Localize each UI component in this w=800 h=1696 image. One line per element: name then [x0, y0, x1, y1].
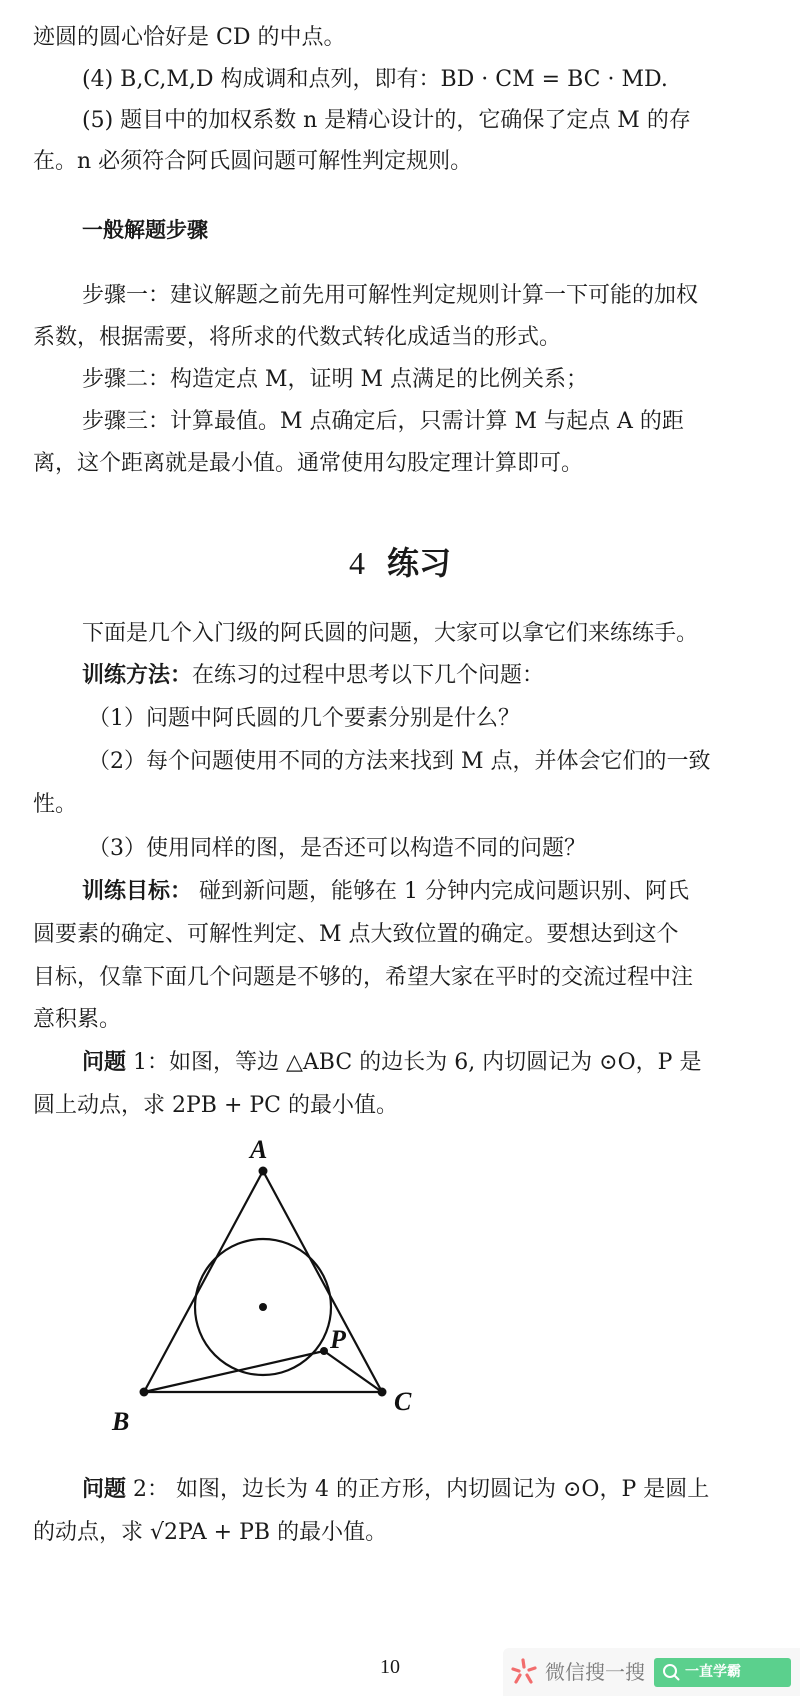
- wechat-search-logo-icon: [511, 1658, 537, 1684]
- problem-2-cont: 的动点，求 √2PA + PB 的最小值。: [0, 1518, 800, 1548]
- training-goal-cont-2: 目标，仅靠下面几个问题是不够的，希望大家在平时的交流过程中注: [0, 963, 800, 993]
- section-number: 4: [349, 545, 365, 581]
- wechat-search-bar[interactable]: 微信搜一搜 一直学霸: [503, 1648, 800, 1696]
- search-icon: [662, 1663, 680, 1681]
- problem-1: 问题 1：如图，等边 △ABC 的边长为 6, 内切圆记为 ⊙O，P 是: [0, 1048, 800, 1078]
- label-p: P: [329, 1325, 347, 1354]
- question-1: （1）问题中阿氏圆的几个要素分别是什么？: [0, 704, 800, 734]
- text-line: 迹圆的圆心恰好是 CD 的中点。: [0, 23, 800, 53]
- question-3: （3）使用同样的图，是否还可以构造不同的问题？: [0, 834, 800, 864]
- training-goal-cont-1: 圆要素的确定、可解性判定、M 点大致位置的确定。要想达到这个: [0, 920, 800, 950]
- page-number: 10: [380, 1656, 400, 1679]
- problem-1-cont: 圆上动点，求 2PB + PC 的最小值。: [0, 1091, 800, 1121]
- wechat-search-button[interactable]: 一直学霸: [654, 1658, 791, 1687]
- step-1: 步骤一：建议解题之前先用可解性判定规则计算一下可能的加权: [0, 281, 800, 311]
- list-item-4: (4) B,C,M,D 构成调和点列，即有：BD · CM = BC · MD.: [0, 65, 800, 95]
- list-item-5-cont: 在。n 必须符合阿氏圆问题可解性判定规则。: [0, 147, 800, 177]
- training-goal-cont-3: 意积累。: [0, 1005, 800, 1035]
- problem-2-label: 问题: [82, 1477, 126, 1502]
- training-method: 训练方法：在练习的过程中思考以下几个问题：: [0, 661, 800, 691]
- section-heading: 4练习: [0, 543, 800, 583]
- label-a: A: [248, 1140, 267, 1164]
- step-2: 步骤二：构造定点 M，证明 M 点满足的比例关系；: [0, 365, 800, 395]
- training-goal-text: 碰到新问题，能够在 1 分钟内完成问题识别、阿氏: [192, 879, 689, 904]
- problem-1-text: 1：如图，等边 △ABC 的边长为 6, 内切圆记为 ⊙O，P 是: [126, 1050, 701, 1075]
- problem-2: 问题 2： 如图，边长为 4 的正方形，内切圆记为 ⊙O，P 是圆上: [0, 1475, 800, 1505]
- wechat-search-query: 一直学霸: [685, 1663, 741, 1682]
- training-method-text: 在练习的过程中思考以下几个问题：: [192, 663, 544, 688]
- steps-heading: 一般解题步骤: [0, 215, 800, 245]
- question-2-cont: 性。: [0, 790, 800, 820]
- step-3-cont: 离，这个距离就是最小值。通常使用勾股定理计算即可。: [0, 449, 800, 479]
- step-3: 步骤三：计算最值。M 点确定后，只需计算 M 与起点 A 的距: [0, 407, 800, 437]
- label-c: C: [394, 1387, 412, 1416]
- label-b: B: [111, 1407, 129, 1430]
- training-method-label: 训练方法：: [82, 663, 192, 688]
- section-intro: 下面是几个入门级的阿氏圆的问题，大家可以拿它们来练练手。: [0, 619, 800, 649]
- problem-2-text: 2： 如图，边长为 4 的正方形，内切圆记为 ⊙O，P 是圆上: [126, 1477, 709, 1502]
- training-goal-label: 训练目标：: [82, 879, 192, 904]
- training-goal: 训练目标： 碰到新问题，能够在 1 分钟内完成问题识别、阿氏: [0, 877, 800, 907]
- triangle-incircle-figure: A B C P: [90, 1140, 450, 1430]
- wechat-search-label: 微信搜一搜: [545, 1659, 645, 1685]
- question-2: （2）每个问题使用不同的方法来找到 M 点，并体会它们的一致: [0, 747, 800, 777]
- step-1-cont: 系数，根据需要，将所求的代数式转化成适当的形式。: [0, 323, 800, 353]
- list-item-5: (5) 题目中的加权系数 n 是精心设计的，它确保了定点 M 的存: [0, 106, 800, 136]
- section-title: 练习: [387, 544, 451, 582]
- problem-1-label: 问题: [82, 1050, 126, 1075]
